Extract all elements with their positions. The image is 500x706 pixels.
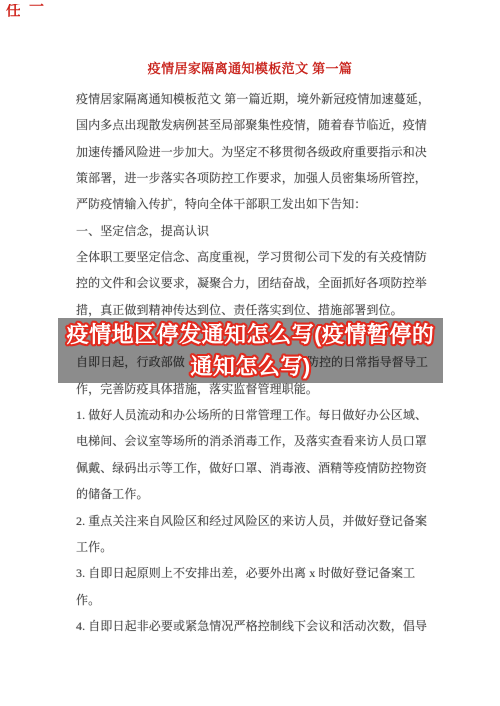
body-line: 国内多点出现散发病例甚至局部聚集性疫情，随着春节临近，疫情 — [76, 112, 428, 138]
red-corner-mark-icon: 任 — [6, 4, 20, 21]
body-line: 工作。 — [76, 534, 428, 560]
body-line: 策部署，进一步落实各项防控工作要求，加强人员密集场所管控， — [76, 165, 428, 191]
body-line: 严防疫情输入传扩，特向全体干部职工发出如下告知： — [76, 191, 428, 217]
page-title: 疫情居家隔离通知模板范文 第一篇 — [0, 58, 500, 77]
body-line: 2. 重点关注来自风险区和经过风险区的来访人员，并做好登记备案 — [76, 508, 428, 534]
body-line: 加速传播风险进一步加大。为坚定不移贯彻各级政府重要指示和决 — [76, 139, 428, 165]
watermark-text: 疫情地区停发通知怎么写(疫情暂停的 通知怎么写) — [58, 319, 443, 383]
red-corner-fragment: 二 — [29, 0, 44, 10]
body-line: 佩戴、绿码出示等工作，做好口罩、消毒液、酒精等疫情防控物资 — [76, 455, 428, 481]
red-corner-fragment: 任 — [6, 4, 20, 19]
body-line: 疫情居家隔离通知模板范文 第一篇近期，境外新冠疫情加速蔓延， — [76, 86, 428, 112]
watermark-line-2: 通知怎么写) — [58, 351, 443, 383]
watermark-line-1: 疫情地区停发通知怎么写(疫情暂停的 — [58, 319, 443, 351]
body-line: 1. 做好人员流动和办公场所的日常管理工作。每日做好办公区域、 — [76, 402, 428, 428]
body-line: 3. 自即日起原则上不安排出差，必要外出离 x 时做好登记备案工 — [76, 560, 428, 586]
body-line: 的储备工作。 — [76, 481, 428, 507]
body-line: 作。 — [76, 587, 428, 613]
red-corner-mark-icon: 二 — [29, 0, 44, 12]
body-line: 一、坚定信念，提高认识 — [76, 218, 428, 244]
document-page: 任 二 疫情居家隔离通知模板范文 第一篇 疫情居家隔离通知模板范文 第一篇近期，… — [0, 0, 500, 706]
body-line: 控的文件和会议要求，凝聚合力，团结奋战，全面抓好各项防控举 — [76, 270, 428, 296]
body-line: 4. 自即日起非必要或紧急情况严格控制线下会议和活动次数，倡导 — [76, 613, 428, 639]
body-line: 全体职工要坚定信念、高度重视，学习贯彻公司下发的有关疫情防 — [76, 244, 428, 270]
body-line: 电梯间、会议室等场所的消杀消毒工作，及落实查看来访人员口罩 — [76, 428, 428, 454]
